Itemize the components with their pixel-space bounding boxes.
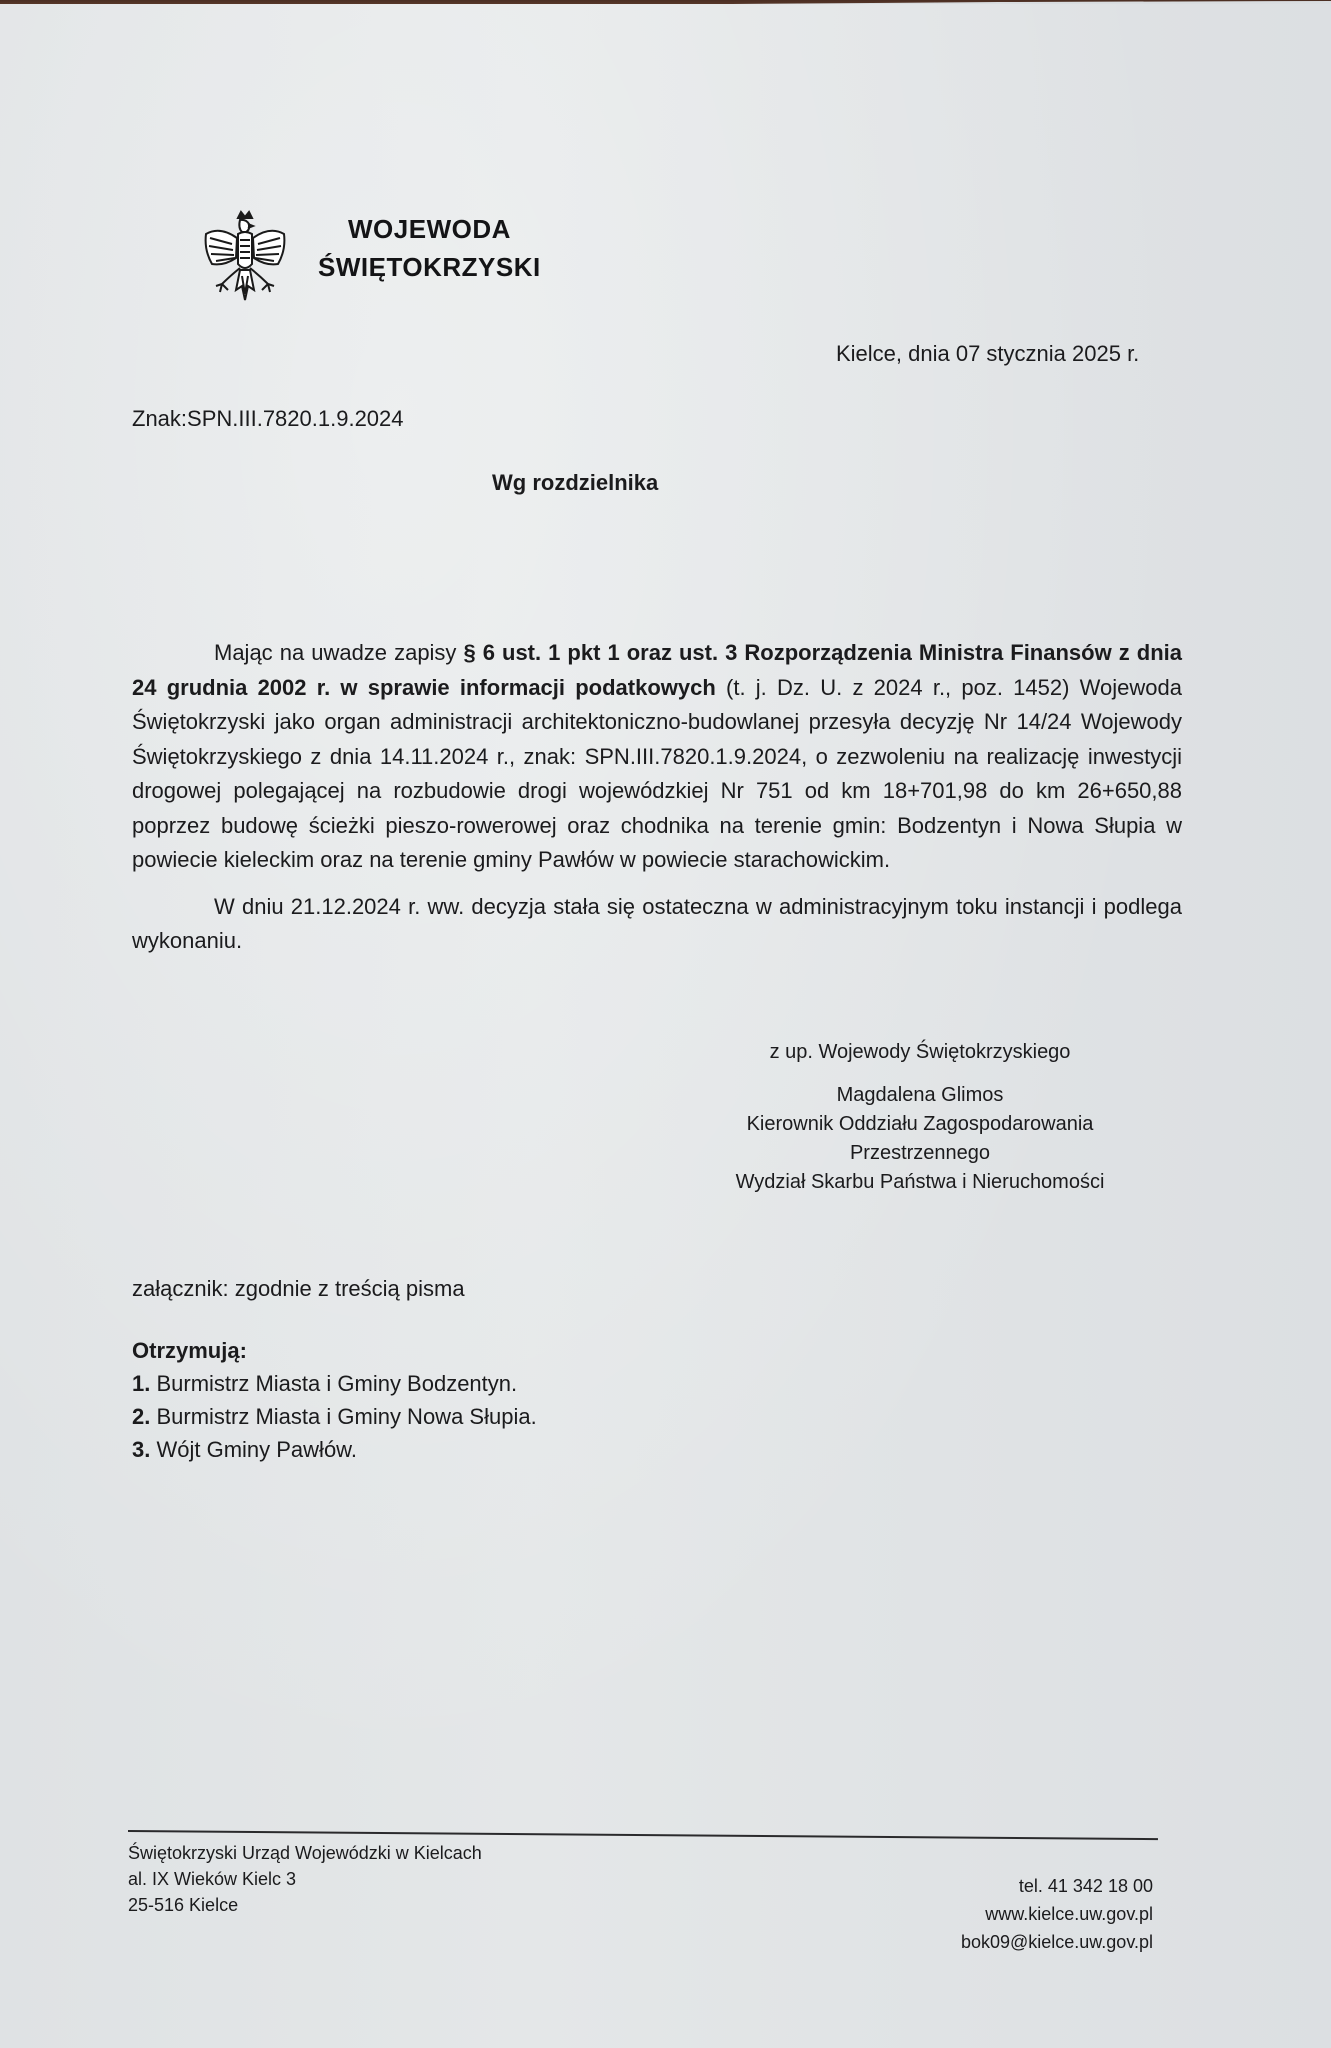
attachment-note: załącznik: zgodnie z treścią pisma: [132, 1276, 465, 1302]
list-item: 1. Burmistrz Miasta i Gminy Bodzentyn.: [132, 1367, 537, 1400]
body-paragraph-1: Mając na uwadze zapisy § 6 ust. 1 pkt 1 …: [132, 636, 1182, 878]
polish-eagle-emblem-icon: [202, 210, 288, 306]
footer-divider: [128, 1830, 1158, 1840]
paragraph-intro: Mając na uwadze zapisy: [214, 640, 463, 665]
list-item: 2. Burmistrz Miasta i Gminy Nowa Słupia.: [132, 1400, 537, 1433]
letter-body: Mając na uwadze zapisy § 6 ust. 1 pkt 1 …: [132, 636, 1182, 959]
place-and-date: Kielce, dnia 07 stycznia 2025 r.: [836, 341, 1139, 367]
authority-region: ŚWIĘTOKRZYSKI: [318, 248, 541, 286]
office-street: al. IX Wieków Kielc 3: [128, 1866, 482, 1892]
body-paragraph-2: W dniu 21.12.2024 r. ww. decyzja stała s…: [132, 890, 1182, 959]
signatory-position-cont: Przestrzennego: [690, 1139, 1150, 1168]
addressee: Wg rozdzielnika: [492, 470, 658, 496]
issuing-authority: WOJEWODA ŚWIĘTOKRZYSKI: [318, 210, 541, 286]
signatory-name: Magdalena Glimos: [690, 1081, 1150, 1110]
item-text: Burmistrz Miasta i Gminy Nowa Słupia.: [150, 1404, 536, 1429]
reference-number: Znak:SPN.III.7820.1.9.2024: [132, 406, 404, 432]
office-address: Świętokrzyski Urząd Wojewódzki w Kielcac…: [128, 1840, 482, 1918]
signatory-position: Kierownik Oddziału Zagospodarowania: [690, 1110, 1150, 1139]
authority-title: WOJEWODA: [318, 210, 541, 248]
signatory-department: Wydział Skarbu Państwa i Nieruchomości: [690, 1168, 1150, 1197]
office-postal: 25-516 Kielce: [128, 1892, 482, 1918]
list-item: 3. Wójt Gminy Pawłów.: [132, 1433, 537, 1466]
letter-page: WOJEWODA ŚWIĘTOKRZYSKI Kielce, dnia 07 s…: [0, 4, 1331, 2048]
recipients-list: Otrzymują: 1. Burmistrz Miasta i Gminy B…: [132, 1334, 537, 1466]
item-text: Burmistrz Miasta i Gminy Bodzentyn.: [150, 1371, 517, 1396]
paragraph-content: (t. j. Dz. U. z 2024 r., poz. 1452) Woje…: [132, 675, 1182, 873]
on-behalf-of: z up. Wojewody Świętokrzyskiego: [690, 1038, 1150, 1067]
item-number: 2.: [132, 1404, 150, 1429]
website-link[interactable]: www.kielce.uw.gov.pl: [985, 1904, 1153, 1924]
office-contact: tel. 41 342 18 00 www.kielce.uw.gov.pl b…: [961, 1872, 1153, 1956]
email-link[interactable]: bok09@kielce.uw.gov.pl: [961, 1932, 1153, 1952]
item-text: Wójt Gminy Pawłów.: [150, 1437, 357, 1462]
office-name: Świętokrzyski Urząd Wojewódzki w Kielcac…: [128, 1840, 482, 1866]
item-number: 1.: [132, 1371, 150, 1396]
item-number: 3.: [132, 1437, 150, 1462]
recipients-title: Otrzymują:: [132, 1334, 537, 1367]
signature-block: z up. Wojewody Świętokrzyskiego Magdalen…: [690, 1038, 1150, 1197]
office-phone: tel. 41 342 18 00: [961, 1872, 1153, 1900]
